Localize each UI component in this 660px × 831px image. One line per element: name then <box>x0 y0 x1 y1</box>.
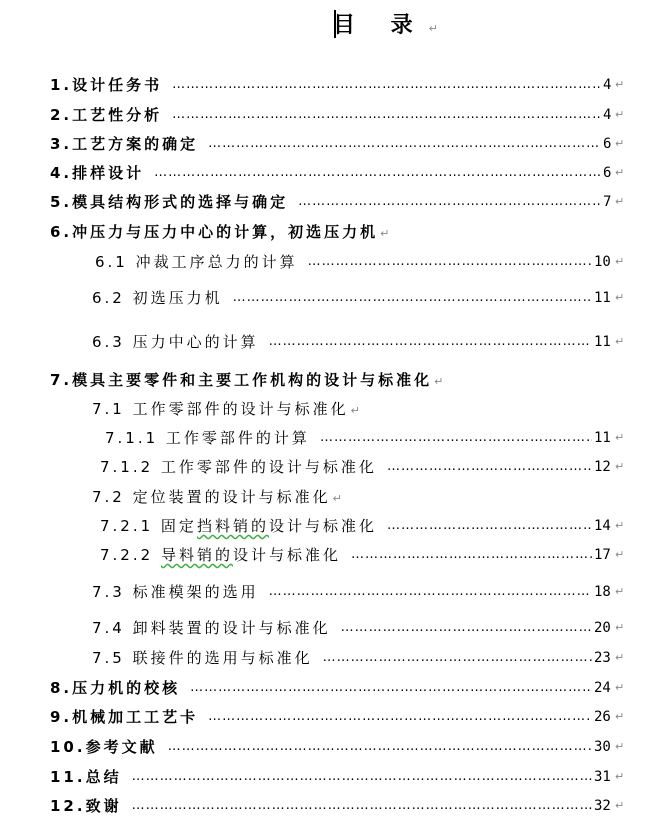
paragraph-mark-icon: ↵ <box>615 706 624 728</box>
toc-entry-page: 20 <box>594 617 611 639</box>
paragraph-mark-icon: ↵ <box>615 677 624 699</box>
dot-leader: ………………………………………………………………………………………………………… <box>298 191 601 213</box>
dot-leader: ………………………………………………………………………………………………………… <box>308 251 592 273</box>
toc-entry[interactable]: 10.参考文献………………………………………………………………………………………… <box>50 736 158 758</box>
paragraph-mark-icon: ↵ <box>615 287 624 309</box>
toc-entry-label: 6.1 冲裁工序总力的计算 <box>95 253 298 271</box>
dot-leader: ………………………………………………………………………………………………………… <box>208 133 601 155</box>
dot-leader: ………………………………………………………………………………………………………… <box>351 544 592 566</box>
toc-entry-label: 9.机械加工工艺卡 <box>50 708 198 726</box>
toc-entry-label: 11.总结 <box>50 768 122 786</box>
toc-entry-label: 7.2 定位装置的设计与标准化 <box>92 488 331 506</box>
toc-entry-page: 26 <box>594 706 611 728</box>
paragraph-mark-icon: ↵ <box>351 404 360 417</box>
toc-entry-label: 7.4 卸料装置的设计与标准化 <box>92 619 331 637</box>
toc-entry-page: 14 <box>594 515 611 537</box>
toc-entry-label: 7.模具主要零件和主要工作机构的设计与标准化 <box>50 371 432 389</box>
toc-entry-label: 1.设计任务书 <box>50 76 162 94</box>
spellcheck-underline: 导料销的 <box>161 546 233 564</box>
toc-entry-label: 6.3 压力中心的计算 <box>92 333 259 351</box>
spellcheck-underline: 挡料销的 <box>197 517 269 535</box>
paragraph-mark-icon: ↵ <box>615 515 624 537</box>
toc-entry[interactable]: 7.1.2 工作零部件的设计与标准化…………………………………………………………… <box>100 456 377 478</box>
toc-entry-page: 30 <box>594 736 611 758</box>
toc-entry-label: 6.2 初选压力机 <box>92 289 223 307</box>
toc-entry-label: 7.2.2 导料销的设计与标准化 <box>100 546 341 564</box>
toc-entry-label: 7.2.1 固定挡料销的设计与标准化 <box>100 517 377 535</box>
toc-entry-label: 4.排样设计 <box>50 164 144 182</box>
toc-entry-label: 12.致谢 <box>50 797 122 815</box>
dot-leader: ………………………………………………………………………………………………………… <box>269 331 592 353</box>
dot-leader: ………………………………………………………………………………………………………… <box>323 647 592 669</box>
dot-leader: ………………………………………………………………………………………………………… <box>387 515 592 537</box>
toc-entry-page: 6 <box>603 133 611 155</box>
dot-leader: ………………………………………………………………………………………………………… <box>132 766 592 788</box>
paragraph-mark-icon: ↵ <box>615 647 624 669</box>
dot-leader: ………………………………………………………………………………………………………… <box>320 427 592 449</box>
toc-title-text: 目 录 <box>333 13 427 38</box>
paragraph-mark-icon: ↵ <box>615 427 624 449</box>
toc-entry[interactable]: 8.压力机的校核……………………………………………………………………………………… <box>50 677 180 699</box>
toc-entry-label: 7.3 标准模架的选用 <box>92 583 259 601</box>
paragraph-mark-icon: ↵ <box>615 766 624 788</box>
paragraph-mark-icon: ↵ <box>615 74 624 96</box>
paragraph-mark-icon: ↵ <box>434 375 443 388</box>
toc-entry-label: 10.参考文献 <box>50 738 158 756</box>
toc-entry-page: 31 <box>594 766 611 788</box>
toc-entry-page: 18 <box>594 581 611 603</box>
toc-entry[interactable]: 7.1.1 工作零部件的计算……………………………………………………………………… <box>105 427 310 449</box>
paragraph-mark-icon: ↵ <box>333 492 342 505</box>
toc-entry[interactable]: 7.2 定位装置的设计与标准化↵ <box>92 486 342 508</box>
dot-leader: ………………………………………………………………………………………………………… <box>387 456 592 478</box>
toc-entry-label: 7.5 联接件的选用与标准化 <box>92 649 313 667</box>
dot-leader: ………………………………………………………………………………………………………… <box>269 581 592 603</box>
toc-entry[interactable]: 7.5 联接件的选用与标准化……………………………………………………………………… <box>92 647 313 669</box>
dot-leader: ………………………………………………………………………………………………………… <box>172 74 601 96</box>
dot-leader: ………………………………………………………………………………………………………… <box>172 104 601 126</box>
dot-leader: ………………………………………………………………………………………………………… <box>208 706 592 728</box>
toc-entry-label: 7.1 工作零部件的设计与标准化 <box>92 400 349 418</box>
toc-entry-page: 17 <box>594 544 611 566</box>
paragraph-mark-icon: ↵ <box>380 227 389 240</box>
paragraph-mark-icon: ↵ <box>615 162 624 184</box>
toc-entry-label: 7.1.2 工作零部件的设计与标准化 <box>100 458 377 476</box>
toc-entry-page: 23 <box>594 647 611 669</box>
toc-entry[interactable]: 6.3 压力中心的计算……………………………………………………………………………… <box>92 331 259 353</box>
dot-leader: ………………………………………………………………………………………………………… <box>341 617 592 639</box>
toc-entry-page: 12 <box>594 456 611 478</box>
dot-leader: ………………………………………………………………………………………………………… <box>190 677 592 699</box>
toc-entry-page: 24 <box>594 677 611 699</box>
toc-title: 目 录↵ <box>333 8 438 39</box>
toc-entry[interactable]: 6.2 初选压力机…………………………………………………………………………………… <box>92 287 223 309</box>
dot-leader: ………………………………………………………………………………………………………… <box>132 795 592 817</box>
toc-entry-label: 2.工艺性分析 <box>50 106 162 124</box>
toc-entry-page: 4 <box>603 104 611 126</box>
toc-entry[interactable]: 7.模具主要零件和主要工作机构的设计与标准化↵ <box>50 369 443 391</box>
toc-entry[interactable]: 7.4 卸料装置的设计与标准化…………………………………………………………………… <box>92 617 331 639</box>
paragraph-mark-icon: ↵ <box>615 251 624 273</box>
toc-entry[interactable]: 9.机械加工工艺卡…………………………………………………………………………………… <box>50 706 198 728</box>
paragraph-mark-icon: ↵ <box>615 133 624 155</box>
dot-leader: ………………………………………………………………………………………………………… <box>233 287 592 309</box>
paragraph-mark-icon: ↵ <box>429 22 438 35</box>
paragraph-mark-icon: ↵ <box>615 795 624 817</box>
toc-entry-label: 5.模具结构形式的选择与确定 <box>50 193 288 211</box>
paragraph-mark-icon: ↵ <box>615 544 624 566</box>
toc-entry[interactable]: 1.设计任务书………………………………………………………………………………………… <box>50 74 162 96</box>
toc-entry[interactable]: 3.工艺方案的确定…………………………………………………………………………………… <box>50 133 198 155</box>
paragraph-mark-icon: ↵ <box>615 581 624 603</box>
paragraph-mark-icon: ↵ <box>615 617 624 639</box>
toc-entry-page: 10 <box>594 251 611 273</box>
toc-entry-page: 11 <box>594 287 611 309</box>
toc-entry-page: 11 <box>594 427 611 449</box>
toc-entry-label: 8.压力机的校核 <box>50 679 180 697</box>
toc-entry-page: 32 <box>594 795 611 817</box>
toc-entry-label: 6.冲压力与压力中心的计算，初选压力机 <box>50 223 378 241</box>
toc-entry-page: 6 <box>603 162 611 184</box>
paragraph-mark-icon: ↵ <box>615 456 624 478</box>
toc-entry[interactable]: 5.模具结构形式的选择与确定……………………………………………………………………… <box>50 191 288 213</box>
toc-entry-label: 7.1.1 工作零部件的计算 <box>105 429 310 447</box>
toc-entry-page: 7 <box>603 191 611 213</box>
toc-entry[interactable]: 6.1 冲裁工序总力的计算………………………………………………………………………… <box>95 251 298 273</box>
toc-entry-label: 3.工艺方案的确定 <box>50 135 198 153</box>
toc-entry[interactable]: 6.冲压力与压力中心的计算，初选压力机↵ <box>50 221 389 243</box>
paragraph-mark-icon: ↵ <box>615 191 624 213</box>
paragraph-mark-icon: ↵ <box>615 331 624 353</box>
toc-entry[interactable]: 12.致谢……………………………………………………………………………………………… <box>50 795 122 817</box>
toc-entry[interactable]: 7.3 标准模架的选用……………………………………………………………………………… <box>92 581 259 603</box>
paragraph-mark-icon: ↵ <box>615 104 624 126</box>
toc-entry-page: 4 <box>603 74 611 96</box>
toc-entry[interactable]: 7.2.1 固定挡料销的设计与标准化…………………………………………………………… <box>100 515 377 537</box>
toc-entry-page: 11 <box>594 331 611 353</box>
toc-entry[interactable]: 7.2.2 导料销的设计与标准化………………………………………………………………… <box>100 544 341 566</box>
toc-entry[interactable]: 7.1 工作零部件的设计与标准化↵ <box>92 398 360 420</box>
toc-entry[interactable]: 11.总结……………………………………………………………………………………………… <box>50 766 122 788</box>
dot-leader: ………………………………………………………………………………………………………… <box>154 162 601 184</box>
dot-leader: ………………………………………………………………………………………………………… <box>168 736 592 758</box>
toc-entry[interactable]: 2.工艺性分析………………………………………………………………………………………… <box>50 104 162 126</box>
toc-entry[interactable]: 4.排样设计…………………………………………………………………………………………… <box>50 162 144 184</box>
paragraph-mark-icon: ↵ <box>615 736 624 758</box>
